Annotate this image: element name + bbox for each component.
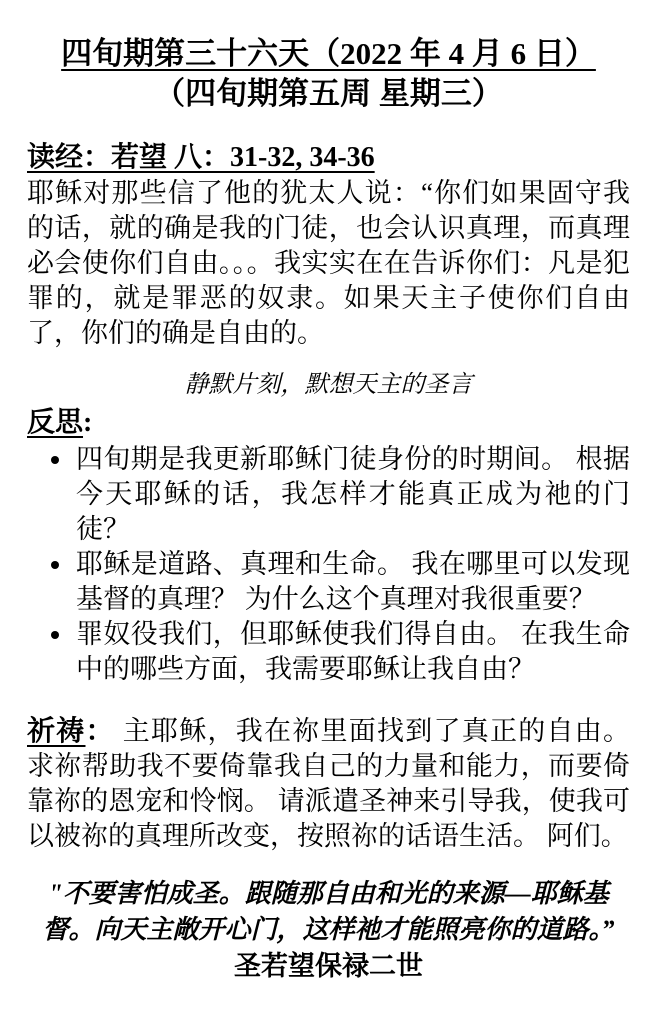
reading-header: 读经：若望 八：31-32, 34-36 (27, 140, 630, 176)
document-page: 四旬期第三十六天（2022 年 4 月 6 日） （四旬期第五周 星期三） 读经… (0, 0, 658, 1024)
scripture-text: 耶稣对那些信了他的犹太人说：“你们如果固守我的话，就的确是我的门徒，也会认识真理… (27, 176, 630, 351)
reflection-list: 四旬期是我更新耶稣门徒身份的时期间。 根据今天耶稣的话，我怎样才能真正成为祂的门… (27, 442, 630, 687)
prayer-paragraph: 祈祷： 主耶稣，我在祢里面找到了真正的自由。求祢帮助我不要倚靠我自己的力量和能力… (27, 714, 630, 854)
prayer-label: 祈祷 (27, 716, 86, 747)
reflection-heading: 反思: (27, 405, 630, 441)
prayer-text: 主耶稣，我在祢里面找到了真正的自由。求祢帮助我不要倚靠我自己的力量和能力，而要倚… (27, 716, 630, 851)
meditation-line: 静默片刻，默想天主的圣言 (27, 370, 630, 400)
page-title: 四旬期第三十六天（2022 年 4 月 6 日） (27, 34, 630, 74)
reflection-colon: : (83, 407, 92, 438)
prayer-colon: ： (86, 716, 115, 747)
reflection-bullet-1: 四旬期是我更新耶稣门徒身份的时期间。 根据今天耶稣的话，我怎样才能真正成为祂的门… (74, 442, 630, 547)
quote-text: "不要害怕成圣。跟随那自由和光的来源—耶稣基督。向天主敞开心门，这样祂才能照亮你… (42, 879, 614, 944)
reflection-bullet-2: 耶稣是道路、真理和生命。 我在哪里可以发现基督的真理？ 为什么这个真理对我很重要… (74, 547, 630, 617)
reading-header-text: 读经：若望 八：31-32, 34-36 (27, 142, 375, 173)
page-subtitle: （四旬期第五周 星期三） (27, 74, 630, 114)
reflection-bullet-3: 罪奴役我们，但耶稣使我们得自由。 在我生命中的哪些方面，我需要耶稣让我自由？ (74, 617, 630, 687)
reflection-label: 反思 (27, 407, 83, 438)
closing-quote: "不要害怕成圣。跟随那自由和光的来源—耶稣基督。向天主敞开心门，这样祂才能照亮你… (27, 876, 630, 985)
page-title-text: 四旬期第三十六天（2022 年 4 月 6 日） (61, 36, 596, 71)
quote-attribution: 圣若望保禄二世 (234, 951, 423, 981)
